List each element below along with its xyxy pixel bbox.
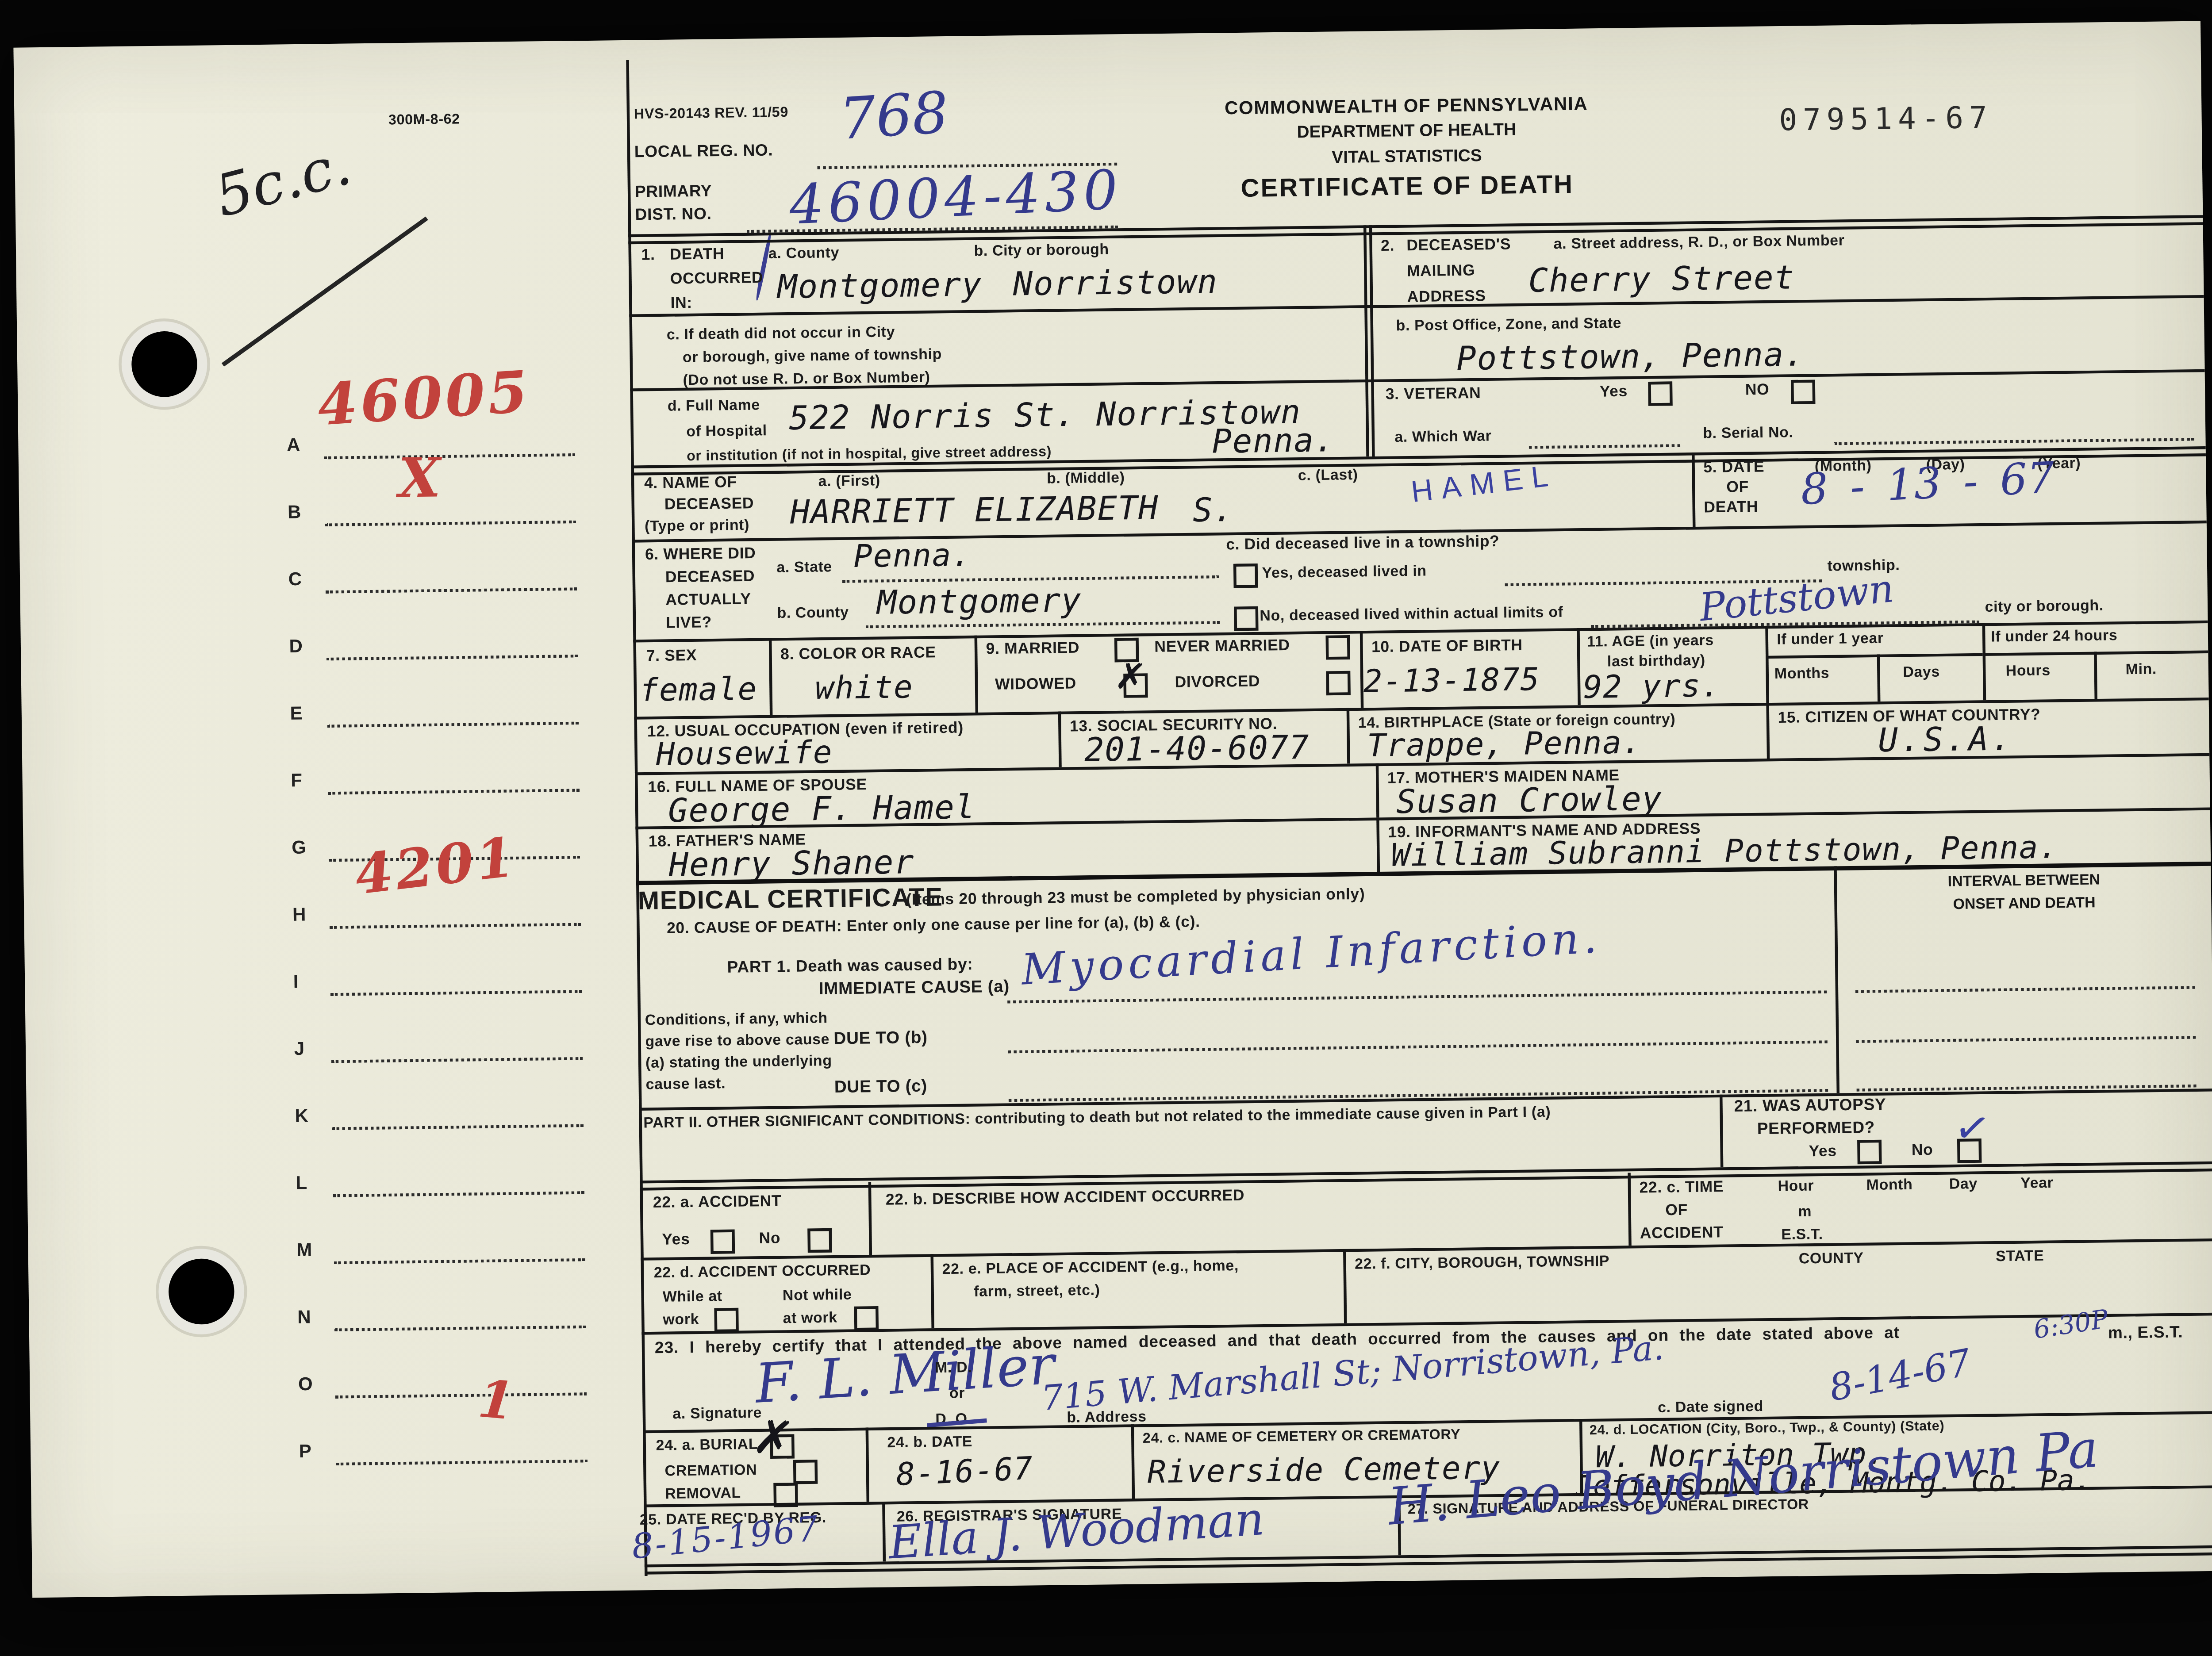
s22c-label-1: 22. c. TIME <box>1639 1180 1724 1197</box>
s23-or-label: or <box>949 1387 965 1402</box>
dotted-line <box>326 587 577 593</box>
rule <box>1376 763 1379 818</box>
dotted-line <box>334 1258 585 1264</box>
s20-part1-label: PART 1. Death was caused by: <box>727 958 973 977</box>
s9-never-label: NEVER MARRIED <box>1154 639 1290 656</box>
rule <box>626 60 647 1576</box>
s6-city-value-hand: Pottstown <box>1698 570 1896 628</box>
s1c-label-2: or borough, give name of township <box>683 348 942 366</box>
stub-letter: G <box>292 838 306 856</box>
s2a-street-value: Cherry Street <box>1528 263 1795 299</box>
form-number: HVS-20143 REV. 11/59 <box>634 107 788 123</box>
s4-middle-value: S. <box>1193 495 1234 529</box>
interval-label-1: INTERVAL BETWEEN <box>1848 872 2200 891</box>
s21-label-2: PERFORMED? <box>1757 1121 1875 1139</box>
s22a-label: 22. a. ACCIDENT <box>653 1195 782 1212</box>
s22a-yes-label: Yes <box>662 1233 690 1249</box>
stub-letter: I <box>293 972 299 991</box>
stub-letter: P <box>299 1441 311 1460</box>
primary-dist-label-1: PRIMARY <box>635 185 712 202</box>
autopsy-no-check-mark: ✓ <box>1951 1106 1993 1154</box>
s3-yes-label: Yes <box>1600 385 1628 401</box>
dotted-line <box>330 990 582 996</box>
s6-county-label: b. County <box>777 606 849 621</box>
s15-citizen-value: U.S.A. <box>1878 724 2014 759</box>
s1a-county-value: Montgomery <box>777 270 983 305</box>
s23-est-text: m., E.S.T. <box>2108 1326 2183 1343</box>
rule <box>1766 703 1770 759</box>
s1a-label: a. County <box>768 246 840 262</box>
stub-letter: C <box>288 569 302 588</box>
checkbox-veteran-yes <box>1648 381 1673 406</box>
s11-label-2: last birthday) <box>1607 654 1705 670</box>
s11-hours-label: Hours <box>2005 664 2051 679</box>
s1d-label-2: of Hospital <box>686 424 767 440</box>
stub-red-number-p: 1 <box>476 1373 516 1428</box>
s7-label: 7. SEX <box>646 649 697 665</box>
s23-date-signed-label: c. Date signed <box>1658 1399 1763 1416</box>
s7-sex-value: female <box>639 675 757 708</box>
s23-date-signed-value-hand: 8-14-67 <box>1827 1345 1974 1408</box>
rule <box>1376 817 1380 872</box>
punch-hole <box>131 331 197 397</box>
s22c-hour-label: Hour <box>1778 1179 1814 1195</box>
s21-yes-label: Yes <box>1809 1145 1837 1161</box>
s5-title-1: 5. DATE <box>1703 460 1764 477</box>
dotted-line <box>1834 438 2194 445</box>
s1d-hospital-value-2: Penna. <box>1212 425 1335 460</box>
rule <box>1720 1095 1723 1168</box>
s1-title-1: DEATH <box>670 247 724 264</box>
s4-middle-label: b. (Middle) <box>1047 471 1125 487</box>
s2-title-3: ADDRESS <box>1407 289 1486 306</box>
s20-cond-3: (a) stating the underlying <box>645 1054 832 1071</box>
s9-divorced-label: DIVORCED <box>1175 675 1260 692</box>
s22d-notwhile-2: at work <box>783 1311 837 1326</box>
s23-md-label: M. D. <box>935 1361 972 1376</box>
burial-x-mark: ✗ <box>750 1412 796 1466</box>
interval-label-2: ONSET AND DEATH <box>1848 895 2200 914</box>
s22f-label: 22. f. CITY, BOROUGH, TOWNSHIP <box>1355 1254 1609 1273</box>
s22c-m-label: m <box>1798 1205 1812 1220</box>
rule <box>1834 866 1839 1093</box>
rule <box>1982 623 1986 700</box>
checkbox-cremation <box>793 1460 818 1484</box>
s1-num: 1. <box>641 248 655 264</box>
primary-dist-label-2: DIST. NO. <box>635 207 712 225</box>
stub-letter: N <box>297 1307 311 1326</box>
dotted-line <box>326 655 578 660</box>
s22c-label-2: OF <box>1665 1204 1688 1219</box>
checkbox-township-yes <box>1233 563 1258 588</box>
s6-title-3: ACTUALLY <box>665 593 751 609</box>
s20-cond-1: Conditions, if any, which <box>645 1011 828 1028</box>
rule <box>1058 712 1062 767</box>
s1-title-2: OCCURRED <box>670 271 764 288</box>
rule <box>1766 653 1983 659</box>
s22c-year-label: Year <box>2020 1176 2054 1192</box>
local-reg-label: LOCAL REG. NO. <box>634 144 773 162</box>
rule <box>1369 225 1375 456</box>
dotted-line <box>330 923 581 929</box>
dotted-line <box>336 1460 588 1465</box>
s24-cremation-label: CREMATION <box>664 1463 757 1479</box>
certificate-paper: 300M-8-62 5c.c. A B C D E F G H I J K L … <box>13 21 2212 1598</box>
s26-registrar-signature-hand: Ella J. Woodman <box>887 1496 1265 1566</box>
s4-first-value: HARRIETT ELIZABETH <box>790 493 1159 530</box>
s22d-notwhile-1: Not while <box>783 1288 852 1304</box>
s2b-postoffice-value: Pottstown, Penna. <box>1456 340 1805 377</box>
s2-title-2: MAILING <box>1407 264 1475 280</box>
s11-under24-label: If under 24 hours <box>1991 629 2117 645</box>
scanned-death-certificate: 300M-8-62 5c.c. A B C D E F G H I J K L … <box>0 0 2212 1656</box>
s11-months-label: Months <box>1774 667 1830 682</box>
rule <box>866 1428 870 1502</box>
s14-birthplace-value: Trappe, Penna. <box>1367 728 1642 763</box>
s24-burial-label: 24. a. BURIAL <box>656 1437 758 1454</box>
dotted-line <box>1007 990 1827 1003</box>
s1d-label-1: d. Full Name <box>668 398 760 414</box>
s9-widowed-label: WIDOWED <box>995 677 1076 694</box>
s22e-label-1: 22. e. PLACE OF ACCIDENT (e.g., home, <box>942 1259 1239 1277</box>
checkbox-accident-yes <box>710 1229 735 1254</box>
stub-letter: F <box>291 771 302 790</box>
s4-title-1: 4. NAME OF <box>644 475 737 492</box>
rule <box>1692 452 1696 527</box>
part2-label: PART II. OTHER SIGNIFICANT CONDITIONS: c… <box>643 1105 1551 1131</box>
dotted-line <box>328 789 580 794</box>
stub-letter: L <box>296 1173 307 1192</box>
s24-date-value: 8-16-67 <box>895 1455 1034 1493</box>
s4-title-3: (Type or print) <box>645 518 749 535</box>
stub-red-number-h: 4201 <box>352 830 520 903</box>
s22d-while-2: work <box>663 1313 699 1328</box>
s5-title-2: OF <box>1726 480 1749 496</box>
checkbox-while-at-work <box>714 1308 739 1333</box>
s22d-while-1: While at <box>663 1289 722 1305</box>
dotted-line <box>333 1191 584 1197</box>
checkbox-autopsy-yes <box>1857 1140 1882 1165</box>
s3-war-label: a. Which War <box>1394 429 1492 446</box>
stub-letter: O <box>298 1374 313 1393</box>
s2b-label: b. Post Office, Zone, and State <box>1396 316 1622 334</box>
checkbox-not-while-at-work <box>854 1306 879 1331</box>
s4-last-value-hand: HAMEL <box>1409 461 1558 508</box>
s1-title-3: IN: <box>670 296 692 312</box>
s22c-label-3: ACCIDENT <box>1640 1226 1724 1243</box>
s23-time-value-hand: 6:30P <box>2032 1307 2110 1344</box>
dotted-line <box>335 1392 587 1398</box>
s22a-no-label: No <box>759 1232 781 1248</box>
s22d-label: 22. d. ACCIDENT OCCURRED <box>654 1263 871 1281</box>
s8-label: 8. COLOR OR RACE <box>780 646 936 663</box>
document-title: CERTIFICATE OF DEATH <box>1100 170 1714 203</box>
s5-title-3: DEATH <box>1704 500 1758 517</box>
s11-age-value: 92 yrs. <box>1583 672 1720 705</box>
s20-label: 20. CAUSE OF DEATH: Enter only one cause… <box>667 916 1200 938</box>
s21-label-1: 21. WAS AUTOPSY <box>1734 1098 1886 1116</box>
s22b-label: 22. b. DESCRIBE HOW ACCIDENT OCCURRED <box>886 1189 1245 1209</box>
rule <box>868 1182 872 1255</box>
s6-no-text: No, deceased lived within actual limits … <box>1260 606 1563 624</box>
rule <box>1363 225 1369 456</box>
s6-state-label: a. State <box>776 560 832 575</box>
checkbox-accident-no <box>807 1228 832 1253</box>
stub-letter: A <box>287 435 300 454</box>
rule <box>882 1502 886 1562</box>
s5-date-of-death-value: 8 - 13 - 67 <box>1800 458 2055 513</box>
s6-county-value: Montgomery <box>877 586 1082 621</box>
s22c-month-label: Month <box>1866 1178 1912 1193</box>
s11-days-label: Days <box>1903 665 1940 681</box>
rule <box>769 638 773 715</box>
s10-dob-value: 2-13-1875 <box>1363 666 1540 699</box>
s20-immediate-label: IMMEDIATE CAUSE (a) <box>819 977 1010 997</box>
s11-under1-label: If under 1 year <box>1777 632 1884 648</box>
s11-label-1: 11. AGE (in years <box>1587 633 1714 650</box>
s6-title-1: 6. WHERE DID <box>645 547 756 564</box>
dotted-line <box>1529 444 1680 449</box>
s22f-state-label: STATE <box>1996 1249 2044 1265</box>
rule <box>975 636 979 713</box>
dotted-line <box>842 575 1219 583</box>
s20-cond-2: gave rise to above cause <box>645 1033 829 1050</box>
rule <box>1131 1424 1135 1499</box>
checkbox-divorced <box>1326 671 1351 696</box>
dotted-line <box>866 621 1220 628</box>
s24-date-label: 24. b. DATE <box>887 1435 972 1451</box>
stub-letter: K <box>295 1106 308 1125</box>
s21-no-label: No <box>1912 1143 1933 1159</box>
rule <box>2094 652 2097 699</box>
dotted-line <box>331 1057 583 1063</box>
s22e-label-2: farm, street, etc.) <box>974 1284 1100 1300</box>
stub-red-number-a: 46005 <box>316 364 532 435</box>
s24-removal-label: REMOVAL <box>665 1486 741 1502</box>
medcert-title: MEDICAL CERTIFICATE <box>637 884 943 914</box>
rule <box>930 1254 934 1328</box>
dotted-line <box>332 1124 584 1130</box>
stub-letter: E <box>290 704 302 722</box>
s9-married-label: 9. MARRIED <box>986 641 1080 658</box>
s3-no-label: NO <box>1745 383 1770 399</box>
s20-due-c-label: DUE TO (c) <box>834 1077 928 1095</box>
s1c-label-1: c. If death did not occur in City <box>667 325 895 343</box>
s6-city-text: city or borough. <box>1985 599 2104 615</box>
s6-state-value: Penna. <box>853 541 972 574</box>
rule <box>1343 1249 1347 1323</box>
s24-cemetery-label: 24. c. NAME OF CEMETERY OR CREMATORY <box>1143 1429 1461 1447</box>
stub-ink-slash <box>222 216 428 366</box>
dotted-line <box>325 521 576 526</box>
rule <box>1628 1173 1631 1246</box>
s2a-label: a. Street address, R. D., or Box Number <box>1553 234 1844 252</box>
stub-letter: B <box>288 502 301 521</box>
s6-yes-text: Yes, deceased lived in <box>1262 564 1427 581</box>
org-line-3: VITAL STATISTICS <box>1100 144 1714 169</box>
org-line-1: COMMONWEALTH OF PENNSYLVANIA <box>1099 92 1713 119</box>
punch-hole <box>168 1258 234 1325</box>
local-reg-value: 768 <box>838 85 950 149</box>
checkbox-veteran-no <box>1791 379 1816 404</box>
stub-letter: M <box>296 1240 312 1259</box>
s10-label: 10. DATE OF BIRTH <box>1371 639 1523 656</box>
s20-cond-4: cause last. <box>646 1077 726 1092</box>
rule <box>1347 708 1350 764</box>
s13-ssn-value: 201-40-6077 <box>1084 733 1310 768</box>
dotted-line <box>1855 986 2195 993</box>
stub-handwritten-note: 5c.c. <box>210 137 357 226</box>
widowed-x-mark: ✗ <box>1113 658 1148 698</box>
s3-label: 3. VETERAN <box>1386 387 1481 403</box>
s20-due-b-label: DUE TO (b) <box>833 1029 928 1047</box>
dotted-line <box>334 1326 586 1331</box>
stub-letter: D <box>289 636 303 655</box>
stub-red-mark-b: X <box>398 451 441 506</box>
ink-stroke <box>755 233 772 301</box>
s12-occupation-value: Housewife <box>656 739 833 772</box>
s6-title-2: DECEASED <box>665 570 755 586</box>
rule <box>1765 626 1769 703</box>
dotted-line <box>1008 1040 1828 1053</box>
s11-min-label: Min. <box>2126 663 2157 678</box>
medcert-subtitle: (Items 20 through 23 must be completed b… <box>906 888 1365 909</box>
checkbox-township-no <box>1234 606 1259 631</box>
s8-race-value: white <box>815 673 914 706</box>
s2-title-1: DECEASED'S <box>1406 238 1511 255</box>
s24-location-label: 24. d. LOCATION (City, Boro., Twp., & Co… <box>1590 1420 1945 1438</box>
s6c-label: c. Did deceased live in a township? <box>1226 535 1500 554</box>
rule-double <box>645 1545 2212 1575</box>
stub-letter: J <box>294 1039 305 1058</box>
s22f-county-label: COUNTY <box>1799 1251 1864 1267</box>
dotted-line <box>324 453 575 459</box>
certificate-serial-number: 079514-67 <box>1779 103 1993 136</box>
s1b-label: b. City or borough <box>974 243 1109 260</box>
s22c-est-label: E.S.T. <box>1781 1227 1823 1243</box>
s22c-day-label: Day <box>1949 1177 1978 1192</box>
org-line-2: DEPARTMENT OF HEALTH <box>1099 118 1713 143</box>
s23-signature-label: a. Signature <box>672 1406 762 1422</box>
stub-letter: H <box>292 905 306 924</box>
s3-serial-label: b. Serial No. <box>1703 425 1793 441</box>
checkbox-never-married <box>1325 635 1350 660</box>
primary-dist-value: 46004-430 <box>788 162 1123 232</box>
s2-num: 2. <box>1381 239 1394 255</box>
s1b-city-value: Norristown <box>1013 267 1218 303</box>
s4-title-2: DECEASED <box>664 497 754 514</box>
rule <box>1577 628 1581 705</box>
s4-first-label: a. (First) <box>818 474 881 490</box>
dotted-line <box>327 722 579 728</box>
stub-print-code: 300M-8-62 <box>388 114 460 129</box>
rule <box>1877 654 1881 701</box>
s4-last-label: c. (Last) <box>1298 468 1358 484</box>
dotted-line <box>1856 1036 2196 1043</box>
s6-title-4: LIVE? <box>666 616 712 632</box>
